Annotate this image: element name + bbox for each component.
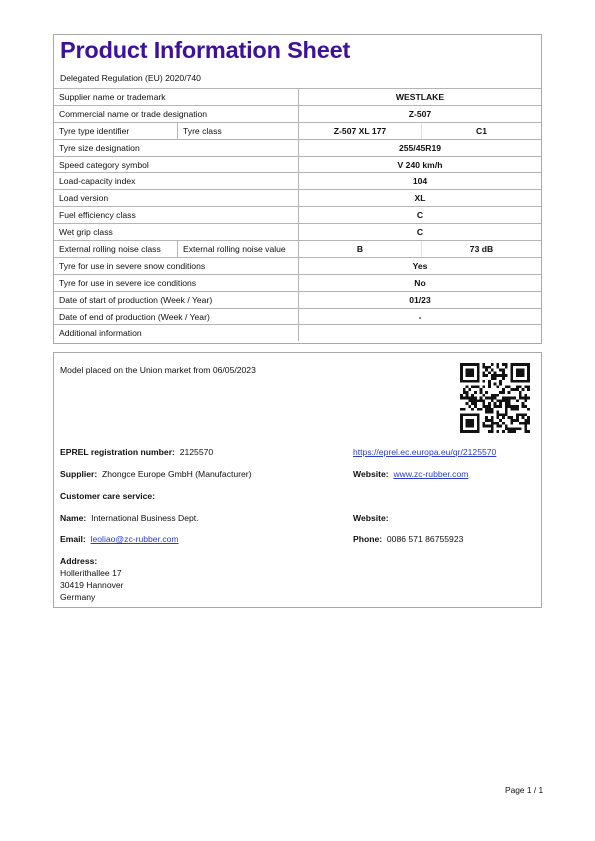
table-row: Wet grip classC xyxy=(54,223,541,240)
page-title: Product Information Sheet xyxy=(60,37,350,64)
table-row: Speed category symbolV 240 km/h xyxy=(54,156,541,173)
address-label: Address: xyxy=(60,556,97,566)
row-label: Tyre for use in severe ice conditions xyxy=(54,275,298,291)
row-value: WESTLAKE xyxy=(298,89,541,105)
row-value: Z-507 XL 177 xyxy=(298,123,421,139)
supplier-value: Zhongce Europe GmbH (Manufacturer) xyxy=(102,469,252,479)
row-value: No xyxy=(298,275,541,291)
supplier-line: Supplier: Zhongce Europe GmbH (Manufactu… xyxy=(60,469,252,479)
customer-care-heading: Customer care service: xyxy=(60,491,155,501)
row-label: Tyre for use in severe snow conditions xyxy=(54,258,298,274)
care-phone-line: Phone: 0086 571 86755923 xyxy=(353,534,463,544)
care-email-label: Email: xyxy=(60,534,86,544)
care-website-line: Website: xyxy=(353,513,389,523)
care-name-label: Name: xyxy=(60,513,86,523)
row-value: C xyxy=(298,207,541,223)
care-name-line: Name: International Business Dept. xyxy=(60,513,199,523)
supplier-info-box: Model placed on the Union market from 06… xyxy=(53,352,542,608)
care-email-link[interactable]: leoliao@zc-rubber.com xyxy=(91,534,179,544)
table-row: Date of end of production (Week / Year)- xyxy=(54,308,541,325)
row-value xyxy=(298,325,541,341)
table-row: Date of start of production (Week / Year… xyxy=(54,291,541,308)
eprel-registration: EPREL registration number: 2125570 xyxy=(60,447,213,457)
address-line-3: Germany xyxy=(60,592,95,602)
table-row: Tyre for use in severe snow conditionsYe… xyxy=(54,257,541,274)
row-value: 01/23 xyxy=(298,292,541,308)
row-label: Wet grip class xyxy=(54,224,298,240)
row-value: Z-507 xyxy=(298,106,541,122)
row-label: Tyre type identifier xyxy=(54,123,177,139)
care-name-value: International Business Dept. xyxy=(91,513,199,523)
care-phone-label: Phone: xyxy=(353,534,382,544)
row-label-secondary: External rolling noise value xyxy=(177,241,298,257)
table-row: Additional information xyxy=(54,324,541,341)
regulation-subtitle: Delegated Regulation (EU) 2020/740 xyxy=(60,73,201,83)
qr-code-icon[interactable] xyxy=(460,363,530,433)
row-value: XL xyxy=(298,190,541,206)
supplier-website-label: Website: xyxy=(353,469,389,479)
eprel-link[interactable]: https://eprel.ec.europa.eu/qr/2125570 xyxy=(353,447,496,457)
supplier-website-link[interactable]: www.zc-rubber.com xyxy=(393,469,468,479)
table-row: External rolling noise classExternal rol… xyxy=(54,240,541,257)
row-value: - xyxy=(298,309,541,325)
care-website-label: Website: xyxy=(353,513,389,523)
row-value: 104 xyxy=(298,173,541,189)
table-row: Load versionXL xyxy=(54,189,541,206)
product-info-table: Supplier name or trademarkWESTLAKECommer… xyxy=(54,88,541,341)
table-row: Fuel efficiency classC xyxy=(54,206,541,223)
row-label: Speed category symbol xyxy=(54,157,298,173)
table-row: Tyre for use in severe ice conditionsNo xyxy=(54,274,541,291)
row-value-secondary: 73 dB xyxy=(421,241,541,257)
table-row: Tyre type identifierTyre classZ-507 XL 1… xyxy=(54,122,541,139)
care-email-line: Email: leoliao@zc-rubber.com xyxy=(60,534,179,544)
row-value: B xyxy=(298,241,421,257)
address-line-1: Hollerithallee 17 xyxy=(60,568,122,578)
row-label: Commercial name or trade designation xyxy=(54,106,298,122)
row-label: Date of start of production (Week / Year… xyxy=(54,292,298,308)
market-placed-text: Model placed on the Union market from 06… xyxy=(60,365,256,375)
address-line-2: 30419 Hannover xyxy=(60,580,124,590)
supplier-label: Supplier: xyxy=(60,469,97,479)
table-row: Commercial name or trade designationZ-50… xyxy=(54,105,541,122)
row-label: Load-capacity index xyxy=(54,173,298,189)
supplier-website-line: Website: www.zc-rubber.com xyxy=(353,469,468,479)
care-phone-value: 0086 571 86755923 xyxy=(387,534,463,544)
eprel-label: EPREL registration number: xyxy=(60,447,175,457)
row-value: Yes xyxy=(298,258,541,274)
row-label: Fuel efficiency class xyxy=(54,207,298,223)
table-row: Supplier name or trademarkWESTLAKE xyxy=(54,88,541,105)
row-label: Additional information xyxy=(54,325,298,341)
eprel-number: 2125570 xyxy=(180,447,213,457)
row-label-secondary: Tyre class xyxy=(177,123,298,139)
eprel-url: https://eprel.ec.europa.eu/qr/2125570 xyxy=(353,447,496,457)
table-row: Tyre size designation255/45R19 xyxy=(54,139,541,156)
row-label: External rolling noise class xyxy=(54,241,177,257)
row-label: Load version xyxy=(54,190,298,206)
row-value-secondary: C1 xyxy=(421,123,541,139)
row-label: Date of end of production (Week / Year) xyxy=(54,309,298,325)
page-number: Page 1 / 1 xyxy=(505,785,543,795)
row-value: C xyxy=(298,224,541,240)
row-value: V 240 km/h xyxy=(298,157,541,173)
row-label: Tyre size designation xyxy=(54,140,298,156)
product-info-box: Product Information Sheet Delegated Regu… xyxy=(53,34,542,344)
table-row: Load-capacity index104 xyxy=(54,172,541,189)
row-value: 255/45R19 xyxy=(298,140,541,156)
row-label: Supplier name or trademark xyxy=(54,89,298,105)
